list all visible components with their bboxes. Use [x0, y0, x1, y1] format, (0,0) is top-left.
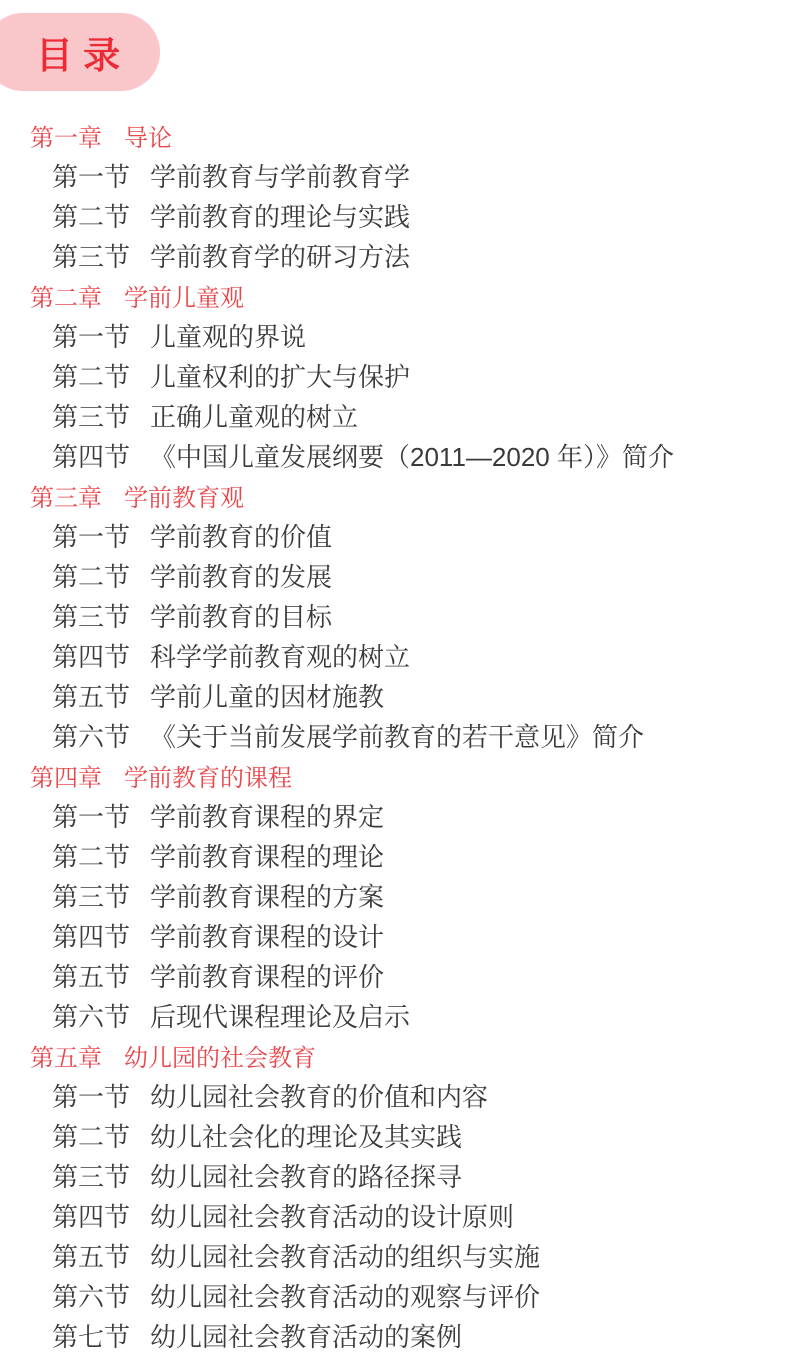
section-title: 学前教育的理论与实践	[150, 197, 410, 234]
toc-section-3-2[interactable]: 第二节 学前教育的发展	[0, 555, 790, 595]
toc-badge: 目 录	[0, 13, 160, 91]
toc-section-4-5[interactable]: 第五节 学前教育课程的评价	[0, 955, 790, 995]
section-number: 第二节	[52, 837, 130, 874]
toc-section-2-1[interactable]: 第一节 儿童观的界说	[0, 315, 790, 355]
toc-section-1-1[interactable]: 第一节 学前教育与学前教育学	[0, 155, 790, 195]
section-title: 正确儿童观的树立	[150, 397, 358, 434]
toc-section-5-3[interactable]: 第三节 幼儿园社会教育的路径探寻	[0, 1155, 790, 1195]
section-title: 幼儿社会化的理论及其实践	[150, 1117, 462, 1154]
section-title: 幼儿园社会教育活动的设计原则	[150, 1197, 514, 1234]
toc-section-5-2[interactable]: 第二节 幼儿社会化的理论及其实践	[0, 1115, 790, 1155]
section-number: 第五节	[52, 1237, 130, 1274]
toc-section-4-3[interactable]: 第三节 学前教育课程的方案	[0, 875, 790, 915]
section-number: 第四节	[52, 437, 130, 474]
section-number: 第一节	[52, 797, 130, 834]
section-number: 第五节	[52, 677, 130, 714]
section-title: 《关于当前发展学前教育的若干意见》简介	[150, 717, 644, 754]
section-number: 第六节	[52, 997, 130, 1034]
section-title: 幼儿园社会教育活动的观察与评价	[150, 1277, 540, 1314]
section-number: 第三节	[52, 237, 130, 274]
section-title: 幼儿园社会教育活动的案例	[150, 1317, 462, 1354]
toc-section-1-3[interactable]: 第三节 学前教育学的研习方法	[0, 235, 790, 275]
section-number: 第一节	[52, 157, 130, 194]
toc-section-5-4[interactable]: 第四节 幼儿园社会教育活动的设计原则	[0, 1195, 790, 1235]
chapter-title: 幼儿园的社会教育	[124, 1038, 316, 1073]
chapter-number: 第一章	[30, 118, 102, 153]
section-number: 第四节	[52, 637, 130, 674]
toc-section-4-4[interactable]: 第四节 学前教育课程的设计	[0, 915, 790, 955]
toc-section-5-7[interactable]: 第七节 幼儿园社会教育活动的案例	[0, 1315, 790, 1354]
section-number: 第四节	[52, 1197, 130, 1234]
section-title: 学前教育的价值	[150, 517, 332, 554]
section-number: 第三节	[52, 877, 130, 914]
toc-section-5-5[interactable]: 第五节 幼儿园社会教育活动的组织与实施	[0, 1235, 790, 1275]
section-title: 学前教育的发展	[150, 557, 332, 594]
section-number: 第二节	[52, 197, 130, 234]
section-number: 第六节	[52, 717, 130, 754]
toc-badge-label: 目 录	[24, 25, 120, 79]
section-number: 第一节	[52, 517, 130, 554]
chapter-title: 导论	[124, 118, 172, 153]
section-number: 第五节	[52, 957, 130, 994]
toc-section-2-3[interactable]: 第三节 正确儿童观的树立	[0, 395, 790, 435]
toc-section-3-6[interactable]: 第六节 《关于当前发展学前教育的若干意见》简介	[0, 715, 790, 755]
toc-section-2-2[interactable]: 第二节 儿童权利的扩大与保护	[0, 355, 790, 395]
section-title: 幼儿园社会教育的路径探寻	[150, 1157, 462, 1194]
toc-chapter-2[interactable]: 第二章 学前儿童观	[0, 275, 790, 315]
section-title: 学前儿童的因材施教	[150, 677, 384, 714]
chapter-number: 第四章	[30, 758, 102, 793]
section-number: 第三节	[52, 397, 130, 434]
toc-chapter-3[interactable]: 第三章 学前教育观	[0, 475, 790, 515]
section-number: 第三节	[52, 597, 130, 634]
section-title: 学前教育课程的理论	[150, 837, 384, 874]
section-number: 第一节	[52, 1077, 130, 1114]
chapter-title: 学前教育观	[124, 478, 244, 513]
toc-section-3-3[interactable]: 第三节 学前教育的目标	[0, 595, 790, 635]
toc-chapter-4[interactable]: 第四章 学前教育的课程	[0, 755, 790, 795]
toc-page: 目 录 第一章 导论 第一节 学前教育与学前教育学 第二节 学前教育的理论与实践…	[0, 0, 790, 1354]
section-number: 第六节	[52, 1277, 130, 1314]
chapter-title: 学前教育的课程	[124, 758, 292, 793]
section-number: 第七节	[52, 1317, 130, 1354]
section-title: 科学学前教育观的树立	[150, 637, 410, 674]
section-number: 第三节	[52, 1157, 130, 1194]
section-title: 学前教育课程的界定	[150, 797, 384, 834]
chapter-number: 第三章	[30, 478, 102, 513]
toc-section-5-6[interactable]: 第六节 幼儿园社会教育活动的观察与评价	[0, 1275, 790, 1315]
section-number: 第四节	[52, 917, 130, 954]
toc-list: 第一章 导论 第一节 学前教育与学前教育学 第二节 学前教育的理论与实践 第三节…	[0, 115, 790, 1354]
section-title: 学前教育学的研习方法	[150, 237, 410, 274]
chapter-title: 学前儿童观	[124, 278, 244, 313]
toc-section-3-1[interactable]: 第一节 学前教育的价值	[0, 515, 790, 555]
toc-section-4-1[interactable]: 第一节 学前教育课程的界定	[0, 795, 790, 835]
toc-chapter-5[interactable]: 第五章 幼儿园的社会教育	[0, 1035, 790, 1075]
section-number: 第二节	[52, 1117, 130, 1154]
section-number: 第二节	[52, 357, 130, 394]
toc-section-3-5[interactable]: 第五节 学前儿童的因材施教	[0, 675, 790, 715]
toc-section-2-4[interactable]: 第四节 《中国儿童发展纲要（2011—2020 年）》简介	[0, 435, 790, 475]
toc-section-5-1[interactable]: 第一节 幼儿园社会教育的价值和内容	[0, 1075, 790, 1115]
section-title: 学前教育课程的评价	[150, 957, 384, 994]
chapter-number: 第二章	[30, 278, 102, 313]
toc-section-3-4[interactable]: 第四节 科学学前教育观的树立	[0, 635, 790, 675]
section-title: 学前教育与学前教育学	[150, 157, 410, 194]
section-title: 幼儿园社会教育活动的组织与实施	[150, 1237, 540, 1274]
toc-section-4-2[interactable]: 第二节 学前教育课程的理论	[0, 835, 790, 875]
section-title: 《中国儿童发展纲要（2011—2020 年）》简介	[150, 437, 674, 474]
section-title: 儿童权利的扩大与保护	[150, 357, 410, 394]
chapter-number: 第五章	[30, 1038, 102, 1073]
section-title: 学前教育课程的设计	[150, 917, 384, 954]
section-title: 后现代课程理论及启示	[150, 997, 410, 1034]
section-title: 学前教育课程的方案	[150, 877, 384, 914]
section-title: 学前教育的目标	[150, 597, 332, 634]
section-title: 儿童观的界说	[150, 317, 306, 354]
section-number: 第二节	[52, 557, 130, 594]
toc-section-4-6[interactable]: 第六节 后现代课程理论及启示	[0, 995, 790, 1035]
toc-chapter-1[interactable]: 第一章 导论	[0, 115, 790, 155]
section-number: 第一节	[52, 317, 130, 354]
toc-section-1-2[interactable]: 第二节 学前教育的理论与实践	[0, 195, 790, 235]
section-title: 幼儿园社会教育的价值和内容	[150, 1077, 488, 1114]
